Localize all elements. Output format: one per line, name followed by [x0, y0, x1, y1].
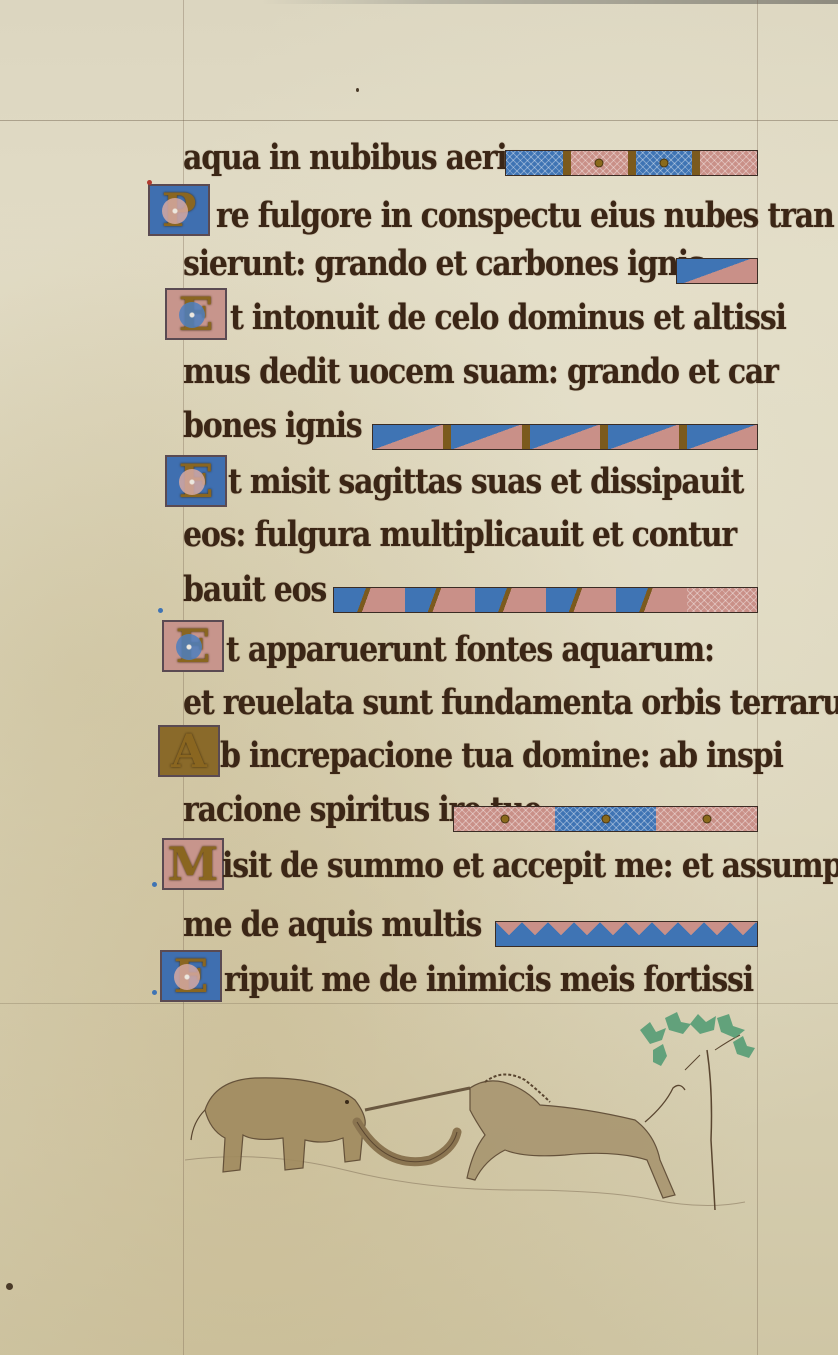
line-filler — [333, 587, 758, 613]
line-text: bones ignis — [183, 407, 362, 446]
text-line-11: et reuelata sunt fundamenta orbis terrar… — [183, 683, 838, 723]
marginal-illustration — [185, 1010, 765, 1215]
line-text: eos: fulgura multiplicauit et contur — [183, 516, 736, 555]
line-text: isit de summo et accepit me: et assumpsi… — [222, 847, 838, 886]
page-top-edge — [260, 0, 838, 4]
ink-speck — [356, 88, 359, 92]
line-text: mus dedit uocem suam: grando et car — [183, 353, 778, 392]
text-line-8: eos: fulgura multiplicauit et contur — [183, 515, 736, 555]
line-text: bauit eos — [183, 571, 326, 610]
line-text: t apparuerunt fontes aquarum: — [226, 631, 714, 670]
text-line-10: t apparuerunt fontes aquarum: — [226, 630, 714, 670]
text-line-12: b increpacione tua domine: ab inspi — [220, 736, 783, 776]
initial-e: E — [162, 620, 224, 672]
text-line-1: aqua in nubibus aeris — [183, 138, 522, 178]
line-text: sierunt: grando et carbones ignis — [183, 245, 704, 284]
text-line-9: bauit eos — [183, 570, 326, 610]
text-line-2: re fulgore in conspectu eius nubes tran — [216, 196, 834, 236]
line-filler — [372, 424, 758, 450]
ink-speck — [6, 1283, 13, 1290]
line-text: b increpacione tua domine: ab inspi — [220, 737, 783, 776]
text-line-6: bones ignis — [183, 406, 362, 446]
text-line-3: sierunt: grando et carbones ignis — [183, 244, 704, 284]
initial-e: E — [165, 455, 227, 507]
text-line-4: t intonuit de celo dominus et altissi — [230, 298, 786, 338]
initial-a: A — [158, 725, 220, 777]
text-line-5: mus dedit uocem suam: grando et car — [183, 352, 778, 392]
initial-e: E — [160, 950, 222, 1002]
text-line-14: isit de summo et accepit me: et assumpsi… — [222, 846, 838, 886]
ruling-top — [0, 120, 838, 121]
line-filler — [453, 806, 758, 832]
line-text: aqua in nubibus aeris — [183, 139, 522, 178]
line-text: ripuit me de inimicis meis fortissi — [224, 961, 753, 1000]
line-text: t misit sagittas suas et dissipauit — [228, 463, 743, 502]
line-filler — [676, 258, 758, 284]
line-text: et reuelata sunt fundamenta orbis terrar… — [183, 684, 838, 723]
initial-e: E — [165, 288, 227, 340]
line-text: re fulgore in conspectu eius nubes tran — [216, 197, 834, 236]
initial-p: P — [148, 184, 210, 236]
line-filler — [495, 921, 758, 947]
line-text: t intonuit de celo dominus et altissi — [230, 299, 786, 338]
line-filler — [505, 150, 758, 176]
ruling-bottom — [0, 1003, 838, 1004]
text-line-7: t misit sagittas suas et dissipauit — [228, 462, 743, 502]
elephant-figure — [191, 1078, 457, 1172]
text-line-15: me de aquis multis — [183, 905, 481, 945]
manuscript-page: aqua in nubibus aeris P re fulgore in co… — [0, 0, 838, 1355]
unicorn-figure — [467, 1074, 685, 1198]
initial-m: M — [162, 838, 224, 890]
text-line-16: ripuit me de inimicis meis fortissi — [224, 960, 753, 1000]
line-text: me de aquis multis — [183, 906, 481, 945]
